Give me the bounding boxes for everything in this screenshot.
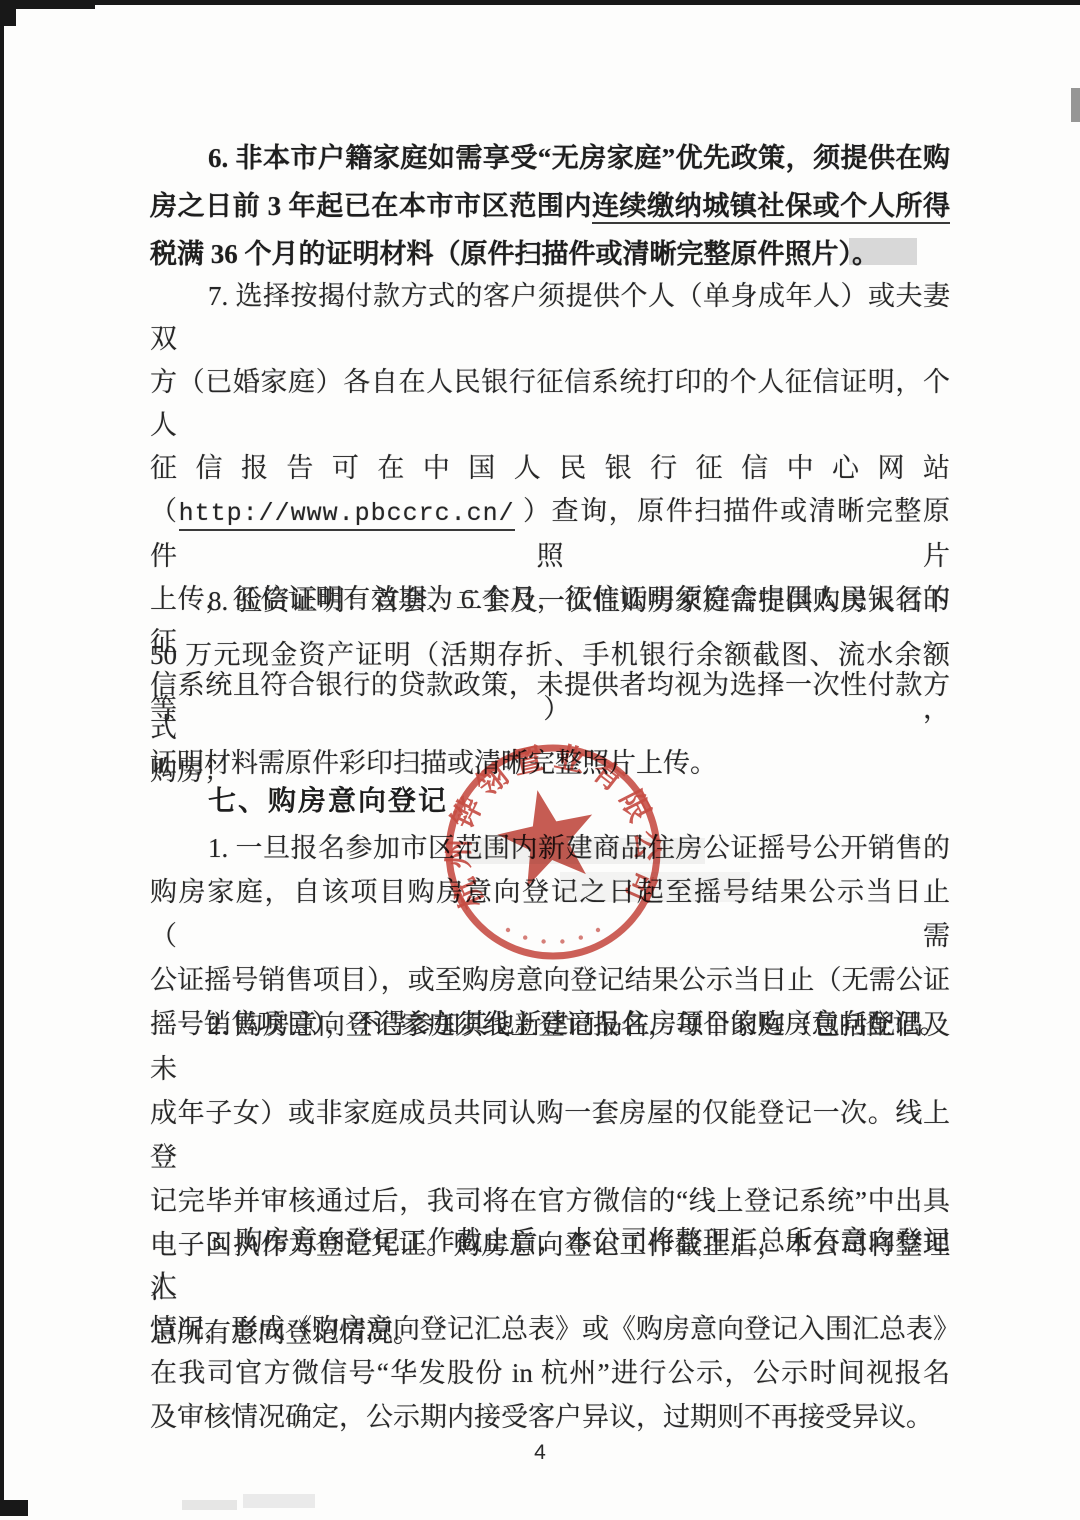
text-line: 房之日前 3 年起已在本市市区范围内连续缴纳城镇社保或个人所得 bbox=[150, 182, 950, 230]
seal-code-dots bbox=[506, 928, 600, 944]
company-seal-stamp: 杭州铧翎置业有限公司 bbox=[433, 732, 673, 972]
scan-corner-top-left bbox=[0, 0, 16, 26]
underlined-text-segment: 连续缴纳城镇社保或个人所得 bbox=[592, 191, 950, 224]
text-line: 8. 验资证明：首套、二套及一次性购房家庭需提供购房人名下 bbox=[150, 574, 950, 628]
text-line: 成年子女）或非家庭成员共同认购一套房屋的仅能登记一次。线上登 bbox=[150, 1091, 950, 1179]
text-line: 记完毕并审核通过后，我司将在官方微信的“线上登记系统”中出具 bbox=[150, 1179, 950, 1223]
text-line: 方（已婚家庭）各自在人民银行征信系统打印的个人征信证明，个人 bbox=[150, 361, 950, 447]
text-line: 2. 购房意向登记家庭须线上登记报名，每个家庭（包括配偶及未 bbox=[150, 1003, 950, 1091]
text-line: 50 万元现金资产证明（活期存折、手机银行余额截图、流水余额等）， bbox=[150, 628, 950, 736]
text-segment: 房之日前 3 年起已在本市市区范围内 bbox=[150, 191, 592, 221]
text-line: 及审核情况确定，公示期内接受客户异议，过期则不再接受异议。 bbox=[150, 1395, 950, 1439]
text-line: 3. 购房意向登记工作截止后，本公司将整理汇总所有意向登记人 bbox=[150, 1219, 950, 1307]
clause-6: 6. 非本市户籍家庭如需享受“无房家庭”优先政策，须提供在购 房之日前 3 年起… bbox=[150, 134, 950, 278]
text-line: 7. 选择按揭付款方式的客户须提供个人（单身成年人）或夫妻双 bbox=[150, 275, 950, 361]
pbccrc-url-link: http://www.pbccrc.cn/ bbox=[179, 499, 515, 531]
text-line: 情况，形成《购房意向登记汇总表》或《购房意向登记入围汇总表》 bbox=[150, 1307, 950, 1351]
seal-star-icon bbox=[490, 780, 604, 890]
scan-edge-left bbox=[0, 0, 4, 1516]
scan-edge-top bbox=[0, 0, 1080, 5]
scanned-document-page: 6. 非本市户籍家庭如需享受“无房家庭”优先政策，须提供在购 房之日前 3 年起… bbox=[0, 0, 1080, 1520]
scan-corner-bottom-left bbox=[0, 1500, 28, 1516]
text-line: 在我司官方微信号“华发股份 in 杭州”进行公示，公示时间视报名 bbox=[150, 1351, 950, 1395]
scan-smudge bbox=[182, 1500, 237, 1510]
text-line: （http://www.pbccrc.cn/ ）查询，原件扫描件或清晰完整原件照… bbox=[150, 490, 950, 578]
scan-smudge bbox=[243, 1494, 315, 1508]
text-segment: （ bbox=[150, 496, 179, 526]
scan-speck-right bbox=[1071, 88, 1080, 122]
registration-clause-3: 3. 购房意向登记工作截止后，本公司将整理汇总所有意向登记人 情况，形成《购房意… bbox=[150, 1219, 950, 1439]
page-number: 4 bbox=[0, 1441, 1080, 1465]
text-line: 6. 非本市户籍家庭如需享受“无房家庭”优先政策，须提供在购 bbox=[150, 134, 950, 182]
text-line: 征信报告可在中国人民银行征信中心网站 bbox=[150, 447, 950, 490]
text-line: 税满 36 个月的证明材料（原件扫描件或清晰完整原件照片）。 bbox=[150, 230, 950, 278]
